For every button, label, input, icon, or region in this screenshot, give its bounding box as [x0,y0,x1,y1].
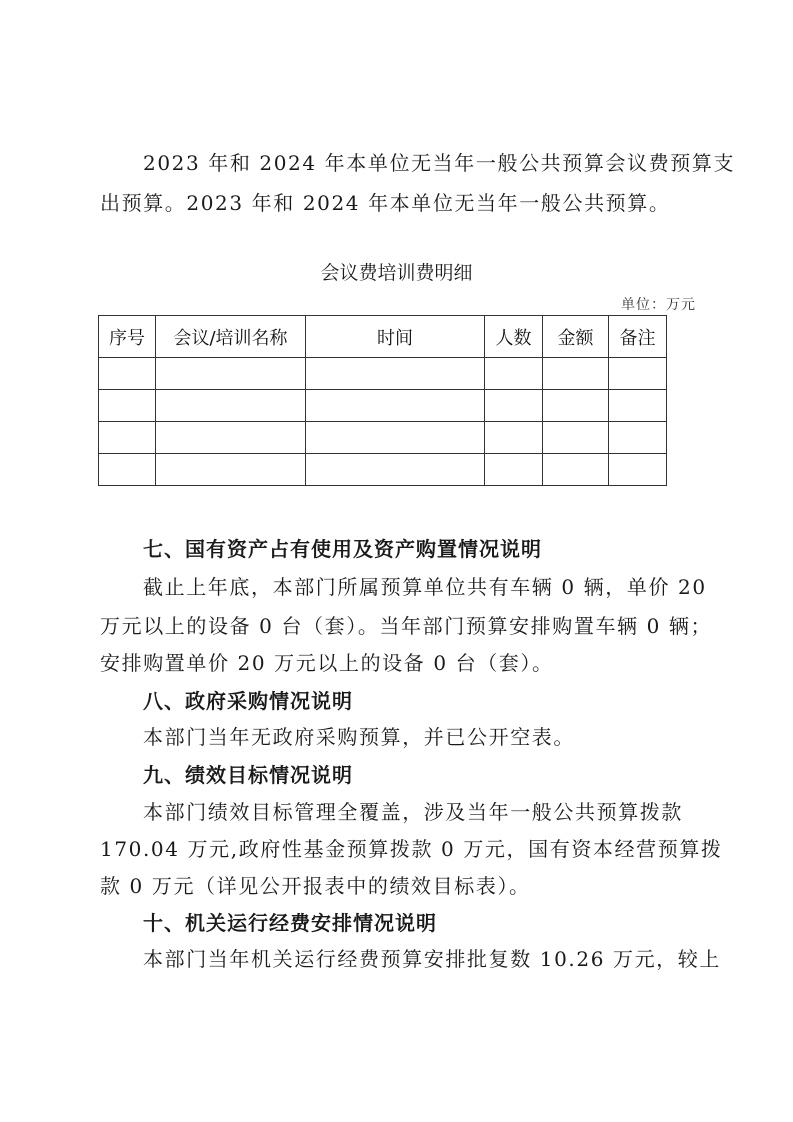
section-9-line-1: 本部门绩效目标管理全覆盖，涉及当年一般公共预算拨款 [143,797,700,827]
table-cell [306,390,485,422]
table-cell [543,390,609,422]
table-cell [99,390,156,422]
table-cell [485,454,543,486]
section-7-line-2: 万元以上的设备 0 台（套）。当年部门预算安排购置车辆 0 辆； [100,611,700,641]
section-8-line-1: 本部门当年无政府采购预算，并已公开空表。 [143,722,700,752]
table-cell [156,422,306,454]
column-header-index: 序号 [99,316,156,358]
table-cell [485,422,543,454]
column-header-name: 会议/培训名称 [156,316,306,358]
table-cell [609,358,667,390]
table-cell [543,358,609,390]
column-header-headcount: 人数 [485,316,543,358]
table-cell [99,358,156,390]
table-cell [609,454,667,486]
intro-line-1: 2023 年和 2024 年本单位无当年一般公共预算会议费预算支 [143,148,700,178]
section-7-line-3: 安排购置单价 20 万元以上的设备 0 台（套）。 [100,648,700,678]
section-7-heading: 七、国有资产占有使用及资产购置情况说明 [143,534,700,564]
table-cell [543,422,609,454]
intro-line-2: 出预算。2023 年和 2024 年本单位无当年一般公共预算。 [100,188,700,218]
table-title: 会议费培训费明细 [0,258,793,288]
table-cell [306,454,485,486]
table-cell [156,390,306,422]
section-7-line-1: 截止上年底，本部门所属预算单位共有车辆 0 辆，单价 20 [143,572,700,602]
table-cell [156,454,306,486]
table-cell [485,390,543,422]
table-cell [485,358,543,390]
table-cell [543,454,609,486]
section-9-line-2: 170.04 万元,政府性基金预算拨款 0 万元，国有资本经营预算拨 [100,834,700,864]
table-cell [306,422,485,454]
section-9-heading: 九、绩效目标情况说明 [143,760,700,790]
column-header-remarks: 备注 [609,316,667,358]
table-row [99,422,667,454]
table-row [99,454,667,486]
section-8-heading: 八、政府采购情况说明 [143,686,700,716]
section-10-heading: 十、机关运行经费安排情况说明 [143,908,700,938]
unit-label: 单位：万元 [621,296,696,314]
table-cell [99,454,156,486]
document-page: 2023 年和 2024 年本单位无当年一般公共预算会议费预算支 出预算。202… [0,0,793,1122]
column-header-amount: 金额 [543,316,609,358]
table-cell [609,422,667,454]
section-9-line-3: 款 0 万元（详见公开报表中的绩效目标表）。 [100,871,700,901]
table-row [99,358,667,390]
table-row [99,390,667,422]
section-10-line-1: 本部门当年机关运行经费预算安排批复数 10.26 万元，较上 [143,944,700,974]
table-cell [156,358,306,390]
table-cell [99,422,156,454]
meeting-training-table: 序号 会议/培训名称 时间 人数 金额 备注 [98,315,667,486]
table-cell [306,358,485,390]
table-header-row: 序号 会议/培训名称 时间 人数 金额 备注 [99,316,667,358]
table-cell [609,390,667,422]
column-header-time: 时间 [306,316,485,358]
